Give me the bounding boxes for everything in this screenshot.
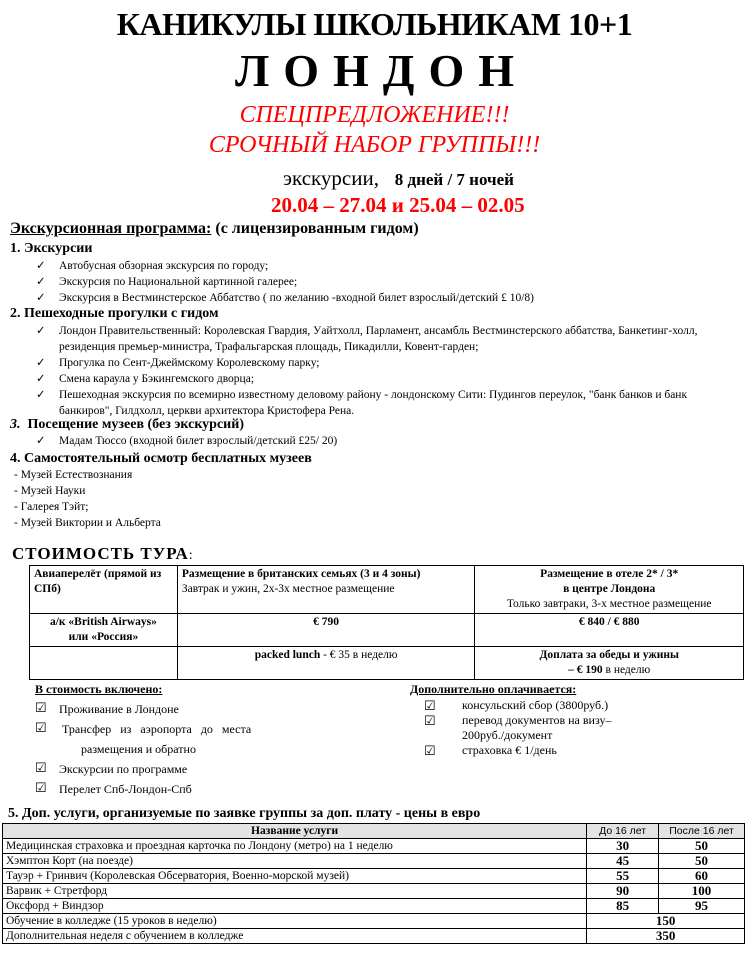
services-header-row: Название услуги До 16 лет После 16 лет <box>3 824 745 839</box>
col-service-name: Название услуги <box>3 824 587 839</box>
check-icon: ✓ <box>36 290 46 306</box>
checkbox-checked-icon: ☑ <box>424 714 436 728</box>
service-name: Варвик + Стретфорд <box>3 884 587 899</box>
list-item-text: Лондон Правительственный: Королевская Гв… <box>59 325 697 353</box>
price-under-16: 55 <box>587 869 659 884</box>
extra-heading: Дополнительно оплачивается: <box>410 681 611 697</box>
price-under-16: 45 <box>587 854 659 869</box>
price-under-16: 85 <box>587 899 659 914</box>
check-icon: ✓ <box>36 258 46 274</box>
packed-lunch-cell: packed lunch - € 35 в неделю <box>177 647 475 680</box>
meals-cell: Доплата за обеды и ужины– € 190 в неделю <box>475 647 744 680</box>
program-heading: Экскурсионная программа: (с лицензирован… <box>10 219 419 239</box>
table-row: Тауэр + Гринвич (Королевская Обсерватори… <box>3 869 745 884</box>
service-name: Тауэр + Гринвич (Королевская Обсерватори… <box>3 869 587 884</box>
checkbox-checked-icon: ☑ <box>35 781 47 795</box>
table-row: Варвик + Стретфорд 90 100 <box>3 884 745 899</box>
table-row: Дополнительная неделя с обучением в колл… <box>3 929 745 944</box>
list-item-text: Пешеходная экскурсия по всемирно известн… <box>59 389 687 417</box>
list-item: ✓Прогулка по Сент-Джеймскому Королевском… <box>36 355 726 371</box>
service-name: Медицинская страховка и проездная карточ… <box>3 839 587 854</box>
col-over-16: После 16 лет <box>659 824 745 839</box>
section-museums-list: ✓Мадам Тюссо (входной билет взрослый/дет… <box>36 433 337 449</box>
price-all-ages: 150 <box>587 914 745 929</box>
check-icon: ✓ <box>36 274 46 290</box>
check-icon: ✓ <box>36 355 46 371</box>
service-name: Дополнительная неделя с обучением в колл… <box>3 929 587 944</box>
cost-meals-row: packed lunch - € 35 в неделю Доплата за … <box>30 647 744 680</box>
list-item: - Музей Виктории и Альберта <box>14 515 161 531</box>
tour-summary: экскурсии, 8 дней / 7 ночей <box>283 166 514 192</box>
section-excursions-list: ✓Автобусная обзорная экскурсия по городу… <box>36 258 534 306</box>
checkbox-checked-icon: ☑ <box>35 761 47 775</box>
table-row: Медицинская страховка и проездная карточ… <box>3 839 745 854</box>
included-heading: В стоимость включено: <box>35 681 251 697</box>
services-table: Название услуги До 16 лет После 16 лет М… <box>2 823 745 944</box>
list-item: ☑страховка € 1/день <box>424 743 611 758</box>
list-item: ✓Мадам Тюссо (входной билет взрослый/дет… <box>36 433 337 449</box>
section-number: 3. <box>10 417 21 432</box>
section-excursions-title: 1. Экскурсии <box>10 240 92 257</box>
list-item: ✓Экскурсия по Национальной картинной гал… <box>36 274 534 290</box>
list-item: ✓Экскурсия в Вестминстерское Аббатство (… <box>36 290 534 306</box>
cost-col-flight: Авиаперелёт (прямой из СПб) <box>30 566 178 614</box>
list-item-text: Прогулка по Сент-Джеймскому Королевскому… <box>59 357 320 369</box>
price-over-16: 60 <box>659 869 745 884</box>
list-item-text: Автобусная обзорная экскурсия по городу; <box>59 260 268 272</box>
col-under-16: До 16 лет <box>587 824 659 839</box>
table-row: Оксфорд + Виндзор 85 95 <box>3 899 745 914</box>
list-item: ☑Проживание в Лондоне <box>35 699 251 719</box>
list-item: ✓Пешеходная экскурсия по всемирно извест… <box>36 387 726 419</box>
family-price: € 790 <box>177 614 475 647</box>
list-item: - Музей Науки <box>14 483 161 499</box>
airline-cell: а/к «British Airways»или «Россия» <box>30 614 178 647</box>
promo-special-offer: СПЕЦПРЕДЛОЖЕНИЕ!!! <box>0 101 749 129</box>
tour-type: экскурсии, <box>283 166 379 190</box>
list-item: ☑консульский сбор (3800руб.) <box>424 698 611 713</box>
page-title: КАНИКУЛЫ ШКОЛЬНИКАМ 10+1 <box>0 6 749 42</box>
price-over-16: 50 <box>659 854 745 869</box>
price-under-16: 90 <box>587 884 659 899</box>
services-heading: 5. Доп. услуги, организуемые по заявке г… <box>8 805 480 822</box>
service-name: Оксфорд + Виндзор <box>3 899 587 914</box>
cost-heading: СТОИМОСТЬ ТУРА: <box>12 544 194 566</box>
table-row: Хэмптон Корт (на поезде) 45 50 <box>3 854 745 869</box>
checkbox-checked-icon: ☑ <box>35 721 47 735</box>
price-over-16: 95 <box>659 899 745 914</box>
empty-cell <box>30 647 178 680</box>
cost-heading-colon: : <box>189 548 194 563</box>
cost-heading-text: СТОИМОСТЬ ТУРА <box>12 544 189 563</box>
list-item-text: Экскурсия по Национальной картинной гале… <box>59 276 297 288</box>
table-row: Обучение в колледже (15 уроков в неделю)… <box>3 914 745 929</box>
cost-price-row: а/к «British Airways»или «Россия» € 790 … <box>30 614 744 647</box>
list-item: - Музей Естествознания <box>14 467 161 483</box>
hotel-price: € 840 / € 880 <box>475 614 744 647</box>
included-list: В стоимость включено: ☑Проживание в Лонд… <box>35 681 251 799</box>
extra-costs-list: Дополнительно оплачивается: ☑консульский… <box>410 681 611 758</box>
section-walks-title: 2. Пешеходные прогулки с гидом <box>10 305 219 322</box>
check-icon: ✓ <box>36 433 46 449</box>
check-icon: ✓ <box>36 323 46 339</box>
price-over-16: 100 <box>659 884 745 899</box>
program-heading-note: (с лицензированным гидом) <box>215 220 418 237</box>
section-free-museums-list: - Музей Естествознания - Музей Науки - Г… <box>14 467 161 531</box>
list-item-text: Экскурсия в Вестминстерское Аббатство ( … <box>59 292 534 304</box>
checkbox-checked-icon: ☑ <box>424 744 436 758</box>
list-item: ✓Смена караула у Бэкингемского дворца; <box>36 371 726 387</box>
list-item-text: Мадам Тюссо (входной билет взрослый/детс… <box>59 435 337 447</box>
tour-duration: 8 дней / 7 ночей <box>395 170 514 189</box>
city-title: ЛОНДОН <box>0 46 749 96</box>
section-walks-list: ✓Лондон Правительственный: Королевская Г… <box>36 323 726 419</box>
list-item: ☑перевод документов на визу– <box>424 713 611 728</box>
promo-urgent-group: СРОЧНЫЙ НАБОР ГРУППЫ!!! <box>0 131 749 159</box>
price-under-16: 30 <box>587 839 659 854</box>
service-name: Обучение в колледже (15 уроков в неделю) <box>3 914 587 929</box>
list-item: ☑ Экскурсии по программе <box>35 759 251 779</box>
tour-dates: 20.04 – 27.04 и 25.04 – 02.05 <box>271 193 525 217</box>
cost-header-row: Авиаперелёт (прямой из СПб) Размещение в… <box>30 566 744 614</box>
price-all-ages: 350 <box>587 929 745 944</box>
checkbox-checked-icon: ☑ <box>424 699 436 713</box>
check-icon: ✓ <box>36 371 46 387</box>
program-heading-label: Экскурсионная программа: <box>10 220 211 237</box>
list-item-continuation: 200руб./документ <box>424 728 611 743</box>
service-name: Хэмптон Корт (на поезде) <box>3 854 587 869</box>
cost-col-hotel: Размещение в отеле 2* / 3*в центре Лондо… <box>475 566 744 614</box>
section-title-text: Посещение музеев (без экскурсий) <box>28 417 244 432</box>
list-item-continuation: размещения и обратно <box>35 739 251 759</box>
list-item: ✓Автобусная обзорная экскурсия по городу… <box>36 258 534 274</box>
section-free-museums-title: 4. Самостоятельный осмотр бесплатных муз… <box>10 450 312 467</box>
list-item: ✓Лондон Правительственный: Королевская Г… <box>36 323 726 355</box>
cost-col-family: Размещение в британских семьях (3 и 4 зо… <box>177 566 475 614</box>
list-item: ☑ Трансфер из аэропорта до места <box>35 719 251 739</box>
check-icon: ✓ <box>36 387 46 403</box>
list-item: ☑ Перелет Спб-Лондон-Спб <box>35 779 251 799</box>
cost-table: Авиаперелёт (прямой из СПб) Размещение в… <box>29 565 744 680</box>
price-over-16: 50 <box>659 839 745 854</box>
checkbox-checked-icon: ☑ <box>35 701 47 715</box>
section-museums-title: 3. Посещение музеев (без экскурсий) <box>10 416 244 433</box>
list-item: - Галерея Тэйт; <box>14 499 161 515</box>
list-item-text: Смена караула у Бэкингемского дворца; <box>59 373 254 385</box>
